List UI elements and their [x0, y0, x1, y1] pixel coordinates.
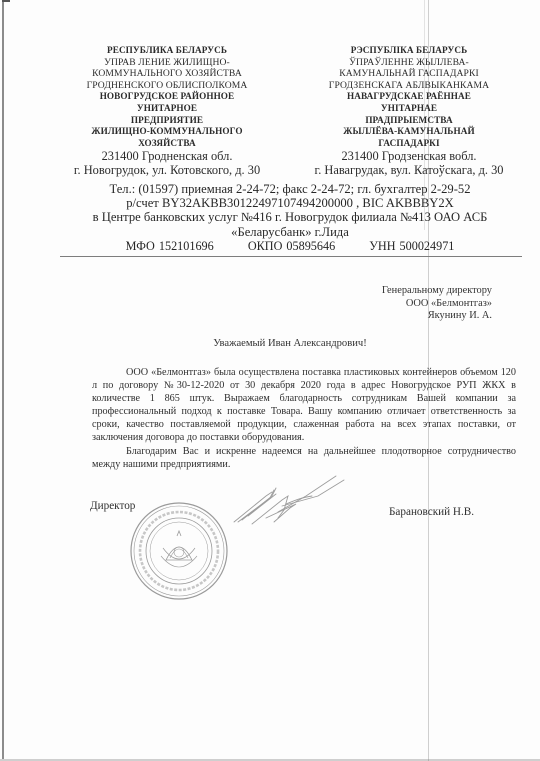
letterhead-address: 231400 Гродзенская вобл. [298, 149, 520, 163]
letterhead-line: РЕСПУБЛИКА БЕЛАРУСЬ [52, 45, 282, 57]
letterhead-address: 231400 Гродненская обл. [52, 149, 282, 163]
letterhead-line: КОММУНАЛЬНОГО ХОЗЯЙСТВА [52, 68, 282, 80]
letterhead-belarusian: РЭСПУБЛІКА БЕЛАРУСЬ ЎПРАЎЛЕННЕ ЖЫЛЛЕВА- … [298, 45, 520, 177]
official-stamp-icon [128, 500, 230, 602]
body-paragraph: ООО «Белмонтгаз» была осуществлена поста… [92, 366, 516, 445]
contact-details: Тел.: (01597) приемная 2-24-72; факс 2-2… [60, 182, 520, 253]
letterhead-line: УНИТАРНОЕ [52, 103, 282, 115]
bank-name: в Центре банковских услуг №416 г. Новогр… [60, 210, 520, 224]
addressee-block: Генеральному директору ООО «Белмонтгаз» … [382, 285, 492, 323]
letterhead-line: ГРОДЗЕНСКАГА АБЛВЫКАНКАМА [298, 80, 520, 92]
letterhead-street: г. Навагрудак, вул. Катоўскага, д. 30 [298, 163, 520, 177]
okpo-code: ОКПО 05895646 [248, 239, 335, 253]
salutation: Уважаемый Иван Александрович! [0, 338, 540, 349]
letter-body: ООО «Белмонтгаз» была осуществлена поста… [92, 366, 516, 471]
mfo-code: МФО 152101696 [126, 239, 214, 253]
letterhead-line: УНІТАРНАЕ [298, 103, 520, 115]
letterhead-line: ПРАДПРЫЕМСТВА [298, 115, 520, 127]
letterhead-line: ЎПРАЎЛЕННЕ ЖЫЛЛЕВА- [298, 57, 520, 69]
letterhead-line: ЖЫЛЛЁВА-КАМУНАЛЬНАЙ [298, 126, 520, 138]
letterhead-line: РЭСПУБЛІКА БЕЛАРУСЬ [298, 45, 520, 57]
letterhead-line: ЖИЛИЩНО-КОММУНАЛЬНОГО [52, 126, 282, 138]
letterhead-line: ГРОДНЕНСКОГО ОБЛИСПОЛКОМА [52, 80, 282, 92]
bank-name-cont: «Беларусбанк» г.Лида [60, 225, 520, 239]
letter-page: РЕСПУБЛИКА БЕЛАРУСЬ УПРАВ ЛЕНИЕ ЖИЛИЩНО-… [0, 0, 540, 761]
bank-account: р/счет BY32AKBB30122497107494200000 , BI… [60, 196, 520, 210]
letterhead-line: ГАСПАДАРКІ [298, 138, 520, 150]
letterhead-line: ХОЗЯЙСТВА [52, 138, 282, 150]
addressee-company: ООО «Белмонтгаз» [382, 298, 492, 311]
addressee-name: Якунину И. А. [382, 310, 492, 323]
signatory-name: Барановский Н.В. [389, 506, 474, 518]
scan-corner-mark [2, 0, 10, 2]
addressee-title: Генеральному директору [382, 285, 492, 298]
scan-left-edge [2, 0, 4, 761]
letterhead-street: г. Новогрудок, ул. Котовского, д. 30 [52, 163, 282, 177]
letterhead-line: НАВАГРУДСКАЕ РАЁННАЕ [298, 91, 520, 103]
unn-code: УНН 500024971 [369, 239, 454, 253]
letterhead-line: ПРЕДПРИЯТИЕ [52, 115, 282, 127]
letterhead-line: УПРАВ ЛЕНИЕ ЖИЛИЩНО- [52, 57, 282, 69]
signature-icon [226, 466, 346, 536]
letterhead-line: НОВОГРУДСКОЕ РАЙОННОЕ [52, 91, 282, 103]
header-separator [60, 256, 522, 257]
letterhead-russian: РЕСПУБЛИКА БЕЛАРУСЬ УПРАВ ЛЕНИЕ ЖИЛИЩНО-… [52, 45, 282, 177]
letterhead-line: КАМУНАЛЬНАЙ ГАСПАДАРКІ [298, 68, 520, 80]
registration-codes: МФО 152101696 ОКПО 05895646 УНН 50002497… [60, 239, 520, 253]
phone-numbers: Тел.: (01597) приемная 2-24-72; факс 2-2… [60, 182, 520, 196]
